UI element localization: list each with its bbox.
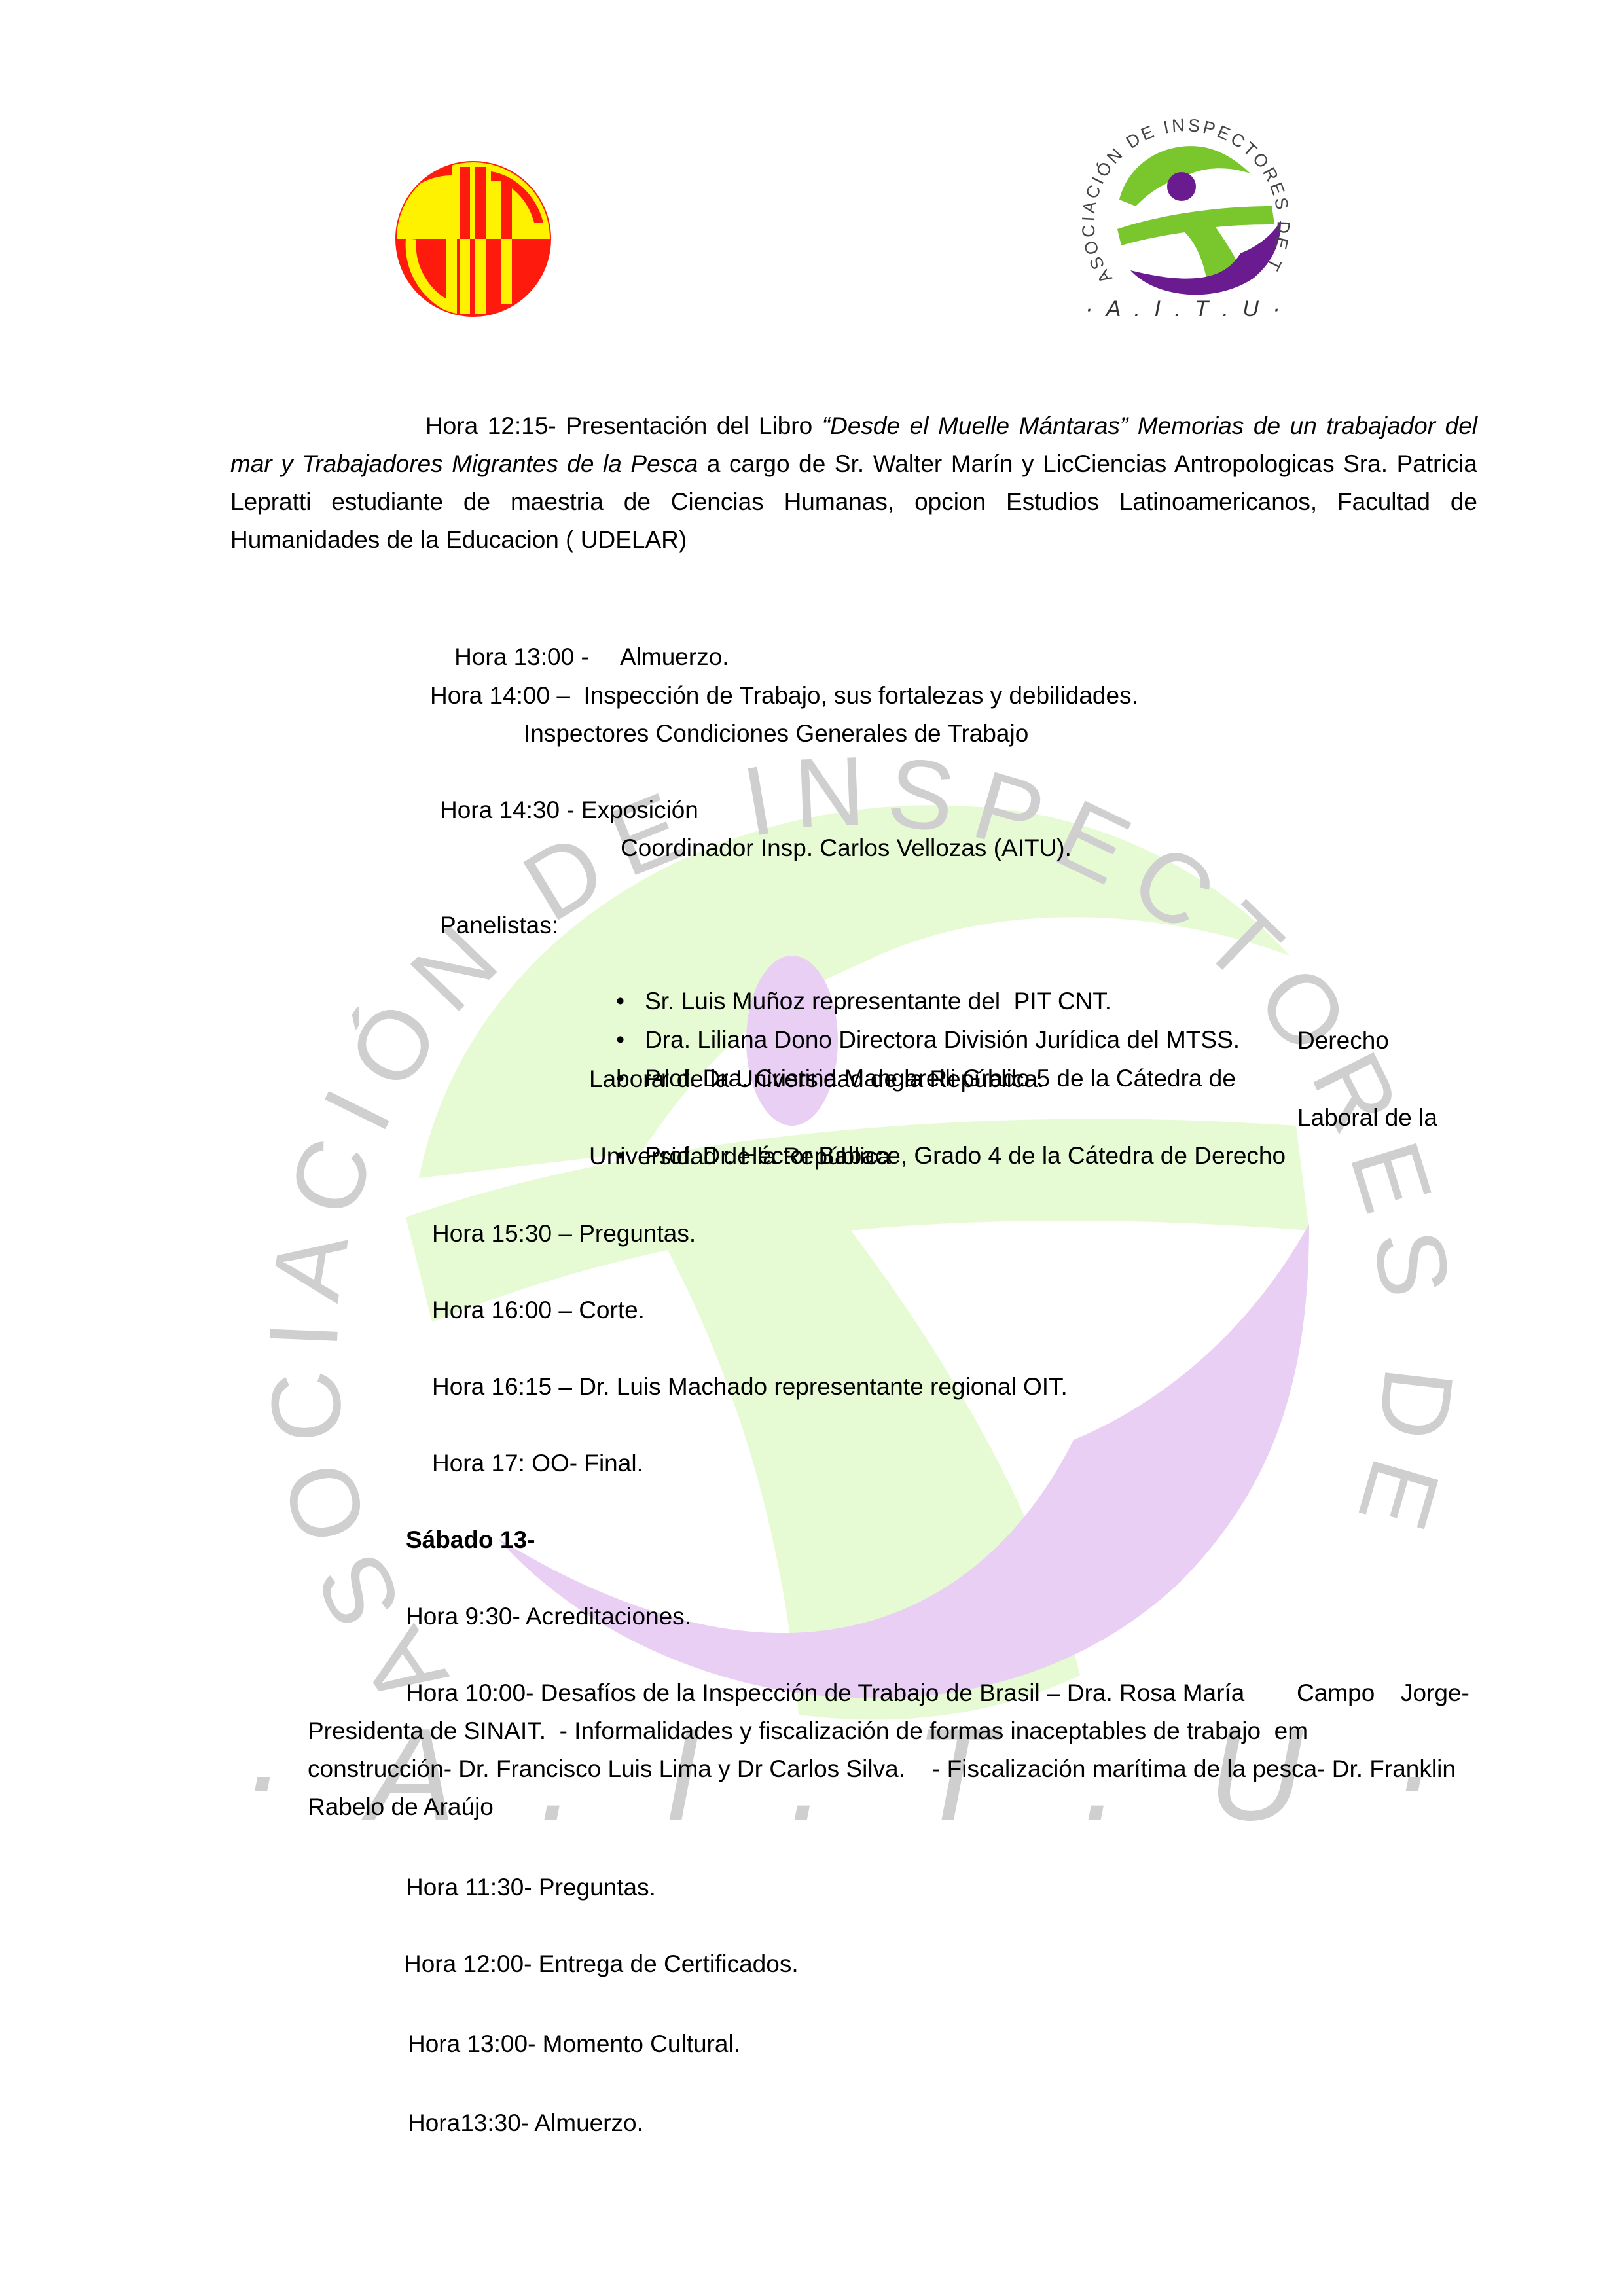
sat-item-1200: Hora 12:00- Entrega de Certificados. xyxy=(404,1945,799,1983)
sat-item-1130: Hora 11:30- Preguntas. xyxy=(406,1869,656,1907)
item-1530: Hora 15:30 – Preguntas. xyxy=(432,1215,696,1253)
item-1600: Hora 16:00 – Corte. xyxy=(432,1291,645,1329)
cit-logo xyxy=(391,157,555,321)
sat-item-1300: Hora 13:00- Momento Cultural. xyxy=(408,2025,740,2063)
item-1215-time: Hora 12:15- Presentación del Libro xyxy=(425,412,822,439)
panelist-item-tail: Laboral de la xyxy=(1297,1099,1437,1137)
sat-item-1000-line2: Presidenta de SINAIT. - Informalidades y… xyxy=(308,1712,1308,1750)
saturday-heading: Sábado 13- xyxy=(406,1521,535,1559)
sat-item-1000-line1-mid: Campo xyxy=(1297,1674,1375,1712)
panelist-item-tail: Derecho xyxy=(1297,1022,1389,1060)
item-1700: Hora 17: OO- Final. xyxy=(432,1444,643,1482)
item-1300-time: Hora 13:00 - xyxy=(454,643,589,670)
sat-item-1000-line1-end: Jorge- xyxy=(1401,1674,1470,1712)
sat-item-1000-line3: construcción- Dr. Francisco Luis Lima y … xyxy=(308,1750,1456,1788)
item-1400-line1: Hora 14:00 – Inspección de Trabajo, sus … xyxy=(430,677,1138,715)
sat-item-1330: Hora13:30- Almuerzo. xyxy=(408,2104,643,2142)
item-1300-text: Almuerzo. xyxy=(620,638,729,676)
document-page: ASOCIACIÓN DE INSPECTORES DE TRABAJO DEL… xyxy=(0,0,1624,2296)
item-1215-paragraph: Hora 12:15- Presentación del Libro “Desd… xyxy=(230,407,1477,559)
aitu-logo-acronym: · A . I . T . U · xyxy=(1085,296,1284,321)
item-1430-line1: Hora 14:30 - Exposición xyxy=(440,791,698,829)
sat-item-1000-line1: Hora 10:00- Desafíos de la Inspección de… xyxy=(406,1674,1244,1712)
item-1400-line2: Inspectores Condiciones Generales de Tra… xyxy=(524,715,1028,753)
panelist-item-continuation: Laboral de la Universidad de la Repúblic… xyxy=(589,1060,1044,1098)
panelists-label: Panelistas: xyxy=(440,906,558,944)
item-1430-line2: Coordinador Insp. Carlos Vellozas (AITU)… xyxy=(621,829,1072,867)
sat-item-0930: Hora 9:30- Acreditaciones. xyxy=(406,1598,691,1636)
item-1615: Hora 16:15 – Dr. Luis Machado representa… xyxy=(432,1368,1068,1406)
aitu-logo: ASOCIACIÓN DE INSPECTORES DE TRABAJO DEL… xyxy=(1044,108,1319,324)
sat-item-1000-line4: Rabelo de Araújo xyxy=(308,1788,494,1826)
panelist-item-continuation: Universidad de la República. xyxy=(589,1138,897,1175)
